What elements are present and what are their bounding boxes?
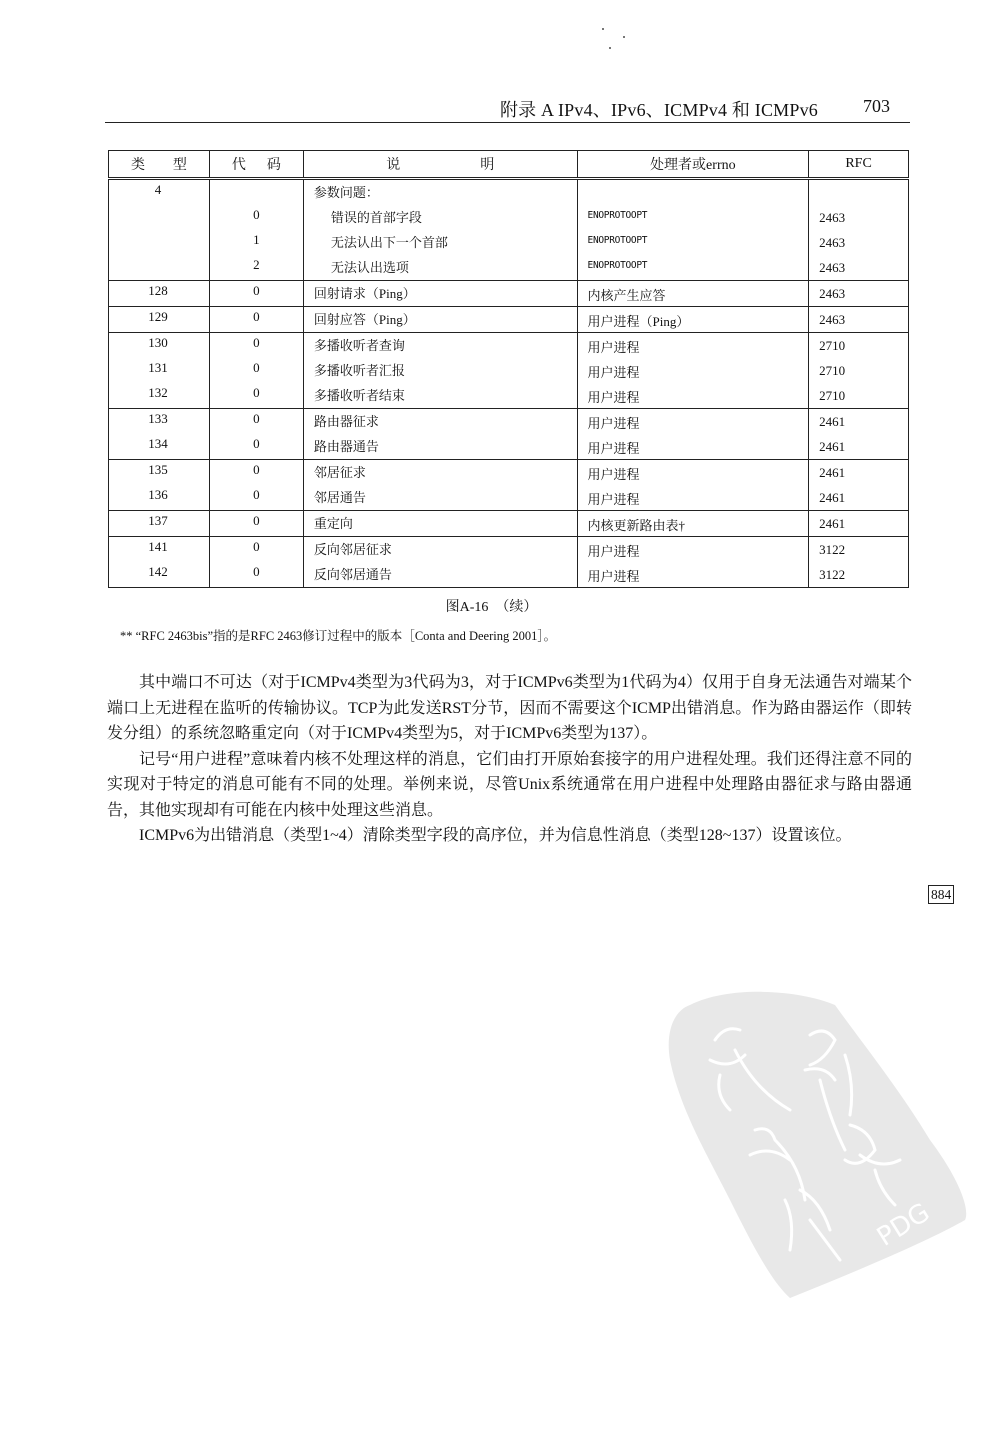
code-cell: 0 <box>210 562 303 580</box>
rfc-cell: 2461 <box>809 511 908 532</box>
header-rfc: RFC <box>809 151 909 179</box>
original-page-number: 884 <box>928 885 954 904</box>
rfc-cell: 2463 <box>809 230 908 251</box>
footnote: ** “RFC 2463bis”指的是RFC 2463修订过程中的版本［Cont… <box>120 626 556 644</box>
code-cell <box>210 180 303 182</box>
type-cell: 134 <box>109 434 209 452</box>
table-group: 133 0 路由器征求 用户进程 2461 134 0 路由器通告 用户进程 2… <box>109 409 909 460</box>
table-group: 137 0 重定向 内核更新路由表† 2461 <box>109 511 909 537</box>
desc-cell: 无法认出下一个首部 <box>304 230 577 251</box>
handler-cell <box>578 180 809 185</box>
table-row: 0 错误的首部字段 ENOPROTOOPT 2463 <box>109 205 909 230</box>
table-row: 131 0 多播收听者汇报 用户进程 2710 <box>109 358 909 383</box>
code-cell: 0 <box>210 281 303 299</box>
code-cell: 0 <box>210 485 303 503</box>
rfc-cell: 2710 <box>809 383 908 404</box>
desc-cell: 反向邻居通告 <box>304 562 577 583</box>
type-cell: 133 <box>109 409 209 427</box>
running-head-title: 附录 A IPv4、IPv6、ICMPv4 和 ICMPv6 <box>500 96 818 122</box>
paragraph: ICMPv6为出错消息（类型1~4）清除类型字段的高序位，并为信息性消息（类型1… <box>107 823 912 849</box>
rfc-cell: 2710 <box>809 333 908 354</box>
table-row: 4 参数问题： <box>109 179 909 206</box>
header-handler: 处理者或errno <box>577 151 809 179</box>
rfc-cell: 2461 <box>809 409 908 430</box>
type-cell: 131 <box>109 358 209 376</box>
table-row: 136 0 邻居通告 用户进程 2461 <box>109 485 909 511</box>
desc-cell: 路由器征求 <box>304 409 577 430</box>
rfc-cell: 2463 <box>809 205 908 226</box>
icmpv6-table: 类型 代码 说明 处理者或errno RFC 4 参数问题： 0 错误的首部字段… <box>108 150 909 588</box>
running-head: 附录 A IPv4、IPv6、ICMPv4 和 ICMPv6 703 <box>105 92 910 123</box>
desc-cell: 多播收听者结束 <box>304 383 577 404</box>
desc-cell: 路由器通告 <box>304 434 577 455</box>
table-row: 130 0 多播收听者查询 用户进程 2710 <box>109 333 909 359</box>
figure-caption: 图A-16 （续） <box>0 596 983 616</box>
table-row: 142 0 反向邻居通告 用户进程 3122 <box>109 562 909 588</box>
code-cell: 0 <box>210 434 303 452</box>
table-row: 137 0 重定向 内核更新路由表† 2461 <box>109 511 909 537</box>
desc-cell: 邻居通告 <box>304 485 577 506</box>
code-cell: 0 <box>210 307 303 325</box>
table-group: 4 参数问题： 0 错误的首部字段 ENOPROTOOPT 2463 1 无法认… <box>109 179 909 281</box>
table-group: 135 0 邻居征求 用户进程 2461 136 0 邻居通告 用户进程 246… <box>109 460 909 511</box>
rfc-cell: 2463 <box>809 255 908 276</box>
table-group: 141 0 反向邻居征求 用户进程 3122 142 0 反向邻居通告 用户进程… <box>109 537 909 588</box>
table-row: 133 0 路由器征求 用户进程 2461 <box>109 409 909 435</box>
desc-cell: 邻居征求 <box>304 460 577 481</box>
type-cell: 4 <box>109 180 209 198</box>
handler-cell: 用户进程 <box>578 460 809 483</box>
handler-cell: 用户进程 <box>578 434 809 457</box>
seal-watermark: PDG <box>660 980 970 1300</box>
code-cell: 1 <box>210 230 303 248</box>
handler-cell: ENOPROTOOPT <box>578 255 809 271</box>
table-row: 128 0 回射请求（Ping） 内核产生应答 2463 <box>109 281 909 307</box>
handler-cell: 用户进程 <box>578 485 809 508</box>
header-code: 代码 <box>209 151 303 179</box>
code-cell: 0 <box>210 205 303 223</box>
body-text: 其中端口不可达（对于ICMPv4类型为3代码为3，对于ICMPv6类型为1代码为… <box>107 670 912 849</box>
type-cell: 137 <box>109 511 209 529</box>
rfc-cell: 3122 <box>809 562 908 583</box>
desc-cell: 多播收听者汇报 <box>304 358 577 379</box>
rfc-cell: 2463 <box>809 281 908 302</box>
handler-cell: 用户进程 <box>578 358 809 381</box>
type-cell: 128 <box>109 281 209 299</box>
handler-cell: 用户进程 <box>578 333 809 356</box>
table-group: 128 0 回射请求（Ping） 内核产生应答 2463 <box>109 281 909 307</box>
rfc-cell: 2710 <box>809 358 908 379</box>
code-cell: 2 <box>210 255 303 273</box>
code-cell: 0 <box>210 358 303 376</box>
desc-cell: 回射请求（Ping） <box>304 281 577 302</box>
rfc-cell: 3122 <box>809 537 908 558</box>
paragraph: 记号“用户进程”意味着内核不处理这样的消息，它们由打开原始套接字的用户进程处理。… <box>107 747 912 824</box>
handler-cell: 内核更新路由表† <box>578 511 809 534</box>
page-number: 703 <box>863 96 890 117</box>
rfc-cell: 2461 <box>809 485 908 506</box>
table-group: 130 0 多播收听者查询 用户进程 2710 131 0 多播收听者汇报 用户… <box>109 333 909 409</box>
handler-cell: ENOPROTOOPT <box>578 205 809 221</box>
type-cell: 130 <box>109 333 209 351</box>
code-cell: 0 <box>210 409 303 427</box>
handler-cell: 用户进程 <box>578 383 809 406</box>
rfc-cell: 2461 <box>809 434 908 455</box>
table-row: 1 无法认出下一个首部 ENOPROTOOPT 2463 <box>109 230 909 255</box>
header-description: 说明 <box>303 151 577 179</box>
rfc-cell: 2463 <box>809 307 908 328</box>
type-cell: 141 <box>109 537 209 555</box>
handler-cell: 用户进程 <box>578 562 809 585</box>
desc-cell: 错误的首部字段 <box>304 205 577 226</box>
code-cell: 0 <box>210 511 303 529</box>
type-cell: 135 <box>109 460 209 478</box>
table-row: 2 无法认出选项 ENOPROTOOPT 2463 <box>109 255 909 281</box>
type-cell: 132 <box>109 383 209 401</box>
rfc-cell: 2461 <box>809 460 908 481</box>
table-header-row: 类型 代码 说明 处理者或errno RFC <box>109 151 909 179</box>
table-row: 129 0 回射应答（Ping） 用户进程（Ping） 2463 <box>109 307 909 333</box>
handler-cell: 内核产生应答 <box>578 281 809 304</box>
table-row: 135 0 邻居征求 用户进程 2461 <box>109 460 909 486</box>
code-cell: 0 <box>210 537 303 555</box>
handler-cell: 用户进程 <box>578 537 809 560</box>
code-cell: 0 <box>210 383 303 401</box>
table-row: 141 0 反向邻居征求 用户进程 3122 <box>109 537 909 563</box>
desc-cell: 参数问题： <box>304 180 577 201</box>
desc-cell: 回射应答（Ping） <box>304 307 577 328</box>
type-cell: 129 <box>109 307 209 325</box>
type-cell <box>109 230 209 232</box>
header-type: 类型 <box>109 151 210 179</box>
type-cell: 136 <box>109 485 209 503</box>
code-cell: 0 <box>210 460 303 478</box>
code-cell: 0 <box>210 333 303 351</box>
type-cell <box>109 255 209 257</box>
handler-cell: 用户进程（Ping） <box>578 307 809 330</box>
type-cell <box>109 205 209 207</box>
table-group: 129 0 回射应答（Ping） 用户进程（Ping） 2463 <box>109 307 909 333</box>
table-row: 132 0 多播收听者结束 用户进程 2710 <box>109 383 909 409</box>
table-row: 134 0 路由器通告 用户进程 2461 <box>109 434 909 460</box>
desc-cell: 反向邻居征求 <box>304 537 577 558</box>
desc-cell: 无法认出选项 <box>304 255 577 276</box>
handler-cell: 用户进程 <box>578 409 809 432</box>
desc-cell: 多播收听者查询 <box>304 333 577 354</box>
desc-cell: 重定向 <box>304 511 577 532</box>
type-cell: 142 <box>109 562 209 580</box>
seal-icon: PDG <box>660 980 970 1300</box>
paragraph: 其中端口不可达（对于ICMPv4类型为3代码为3，对于ICMPv6类型为1代码为… <box>107 670 912 747</box>
handler-cell: ENOPROTOOPT <box>578 230 809 246</box>
rfc-cell <box>809 180 908 185</box>
